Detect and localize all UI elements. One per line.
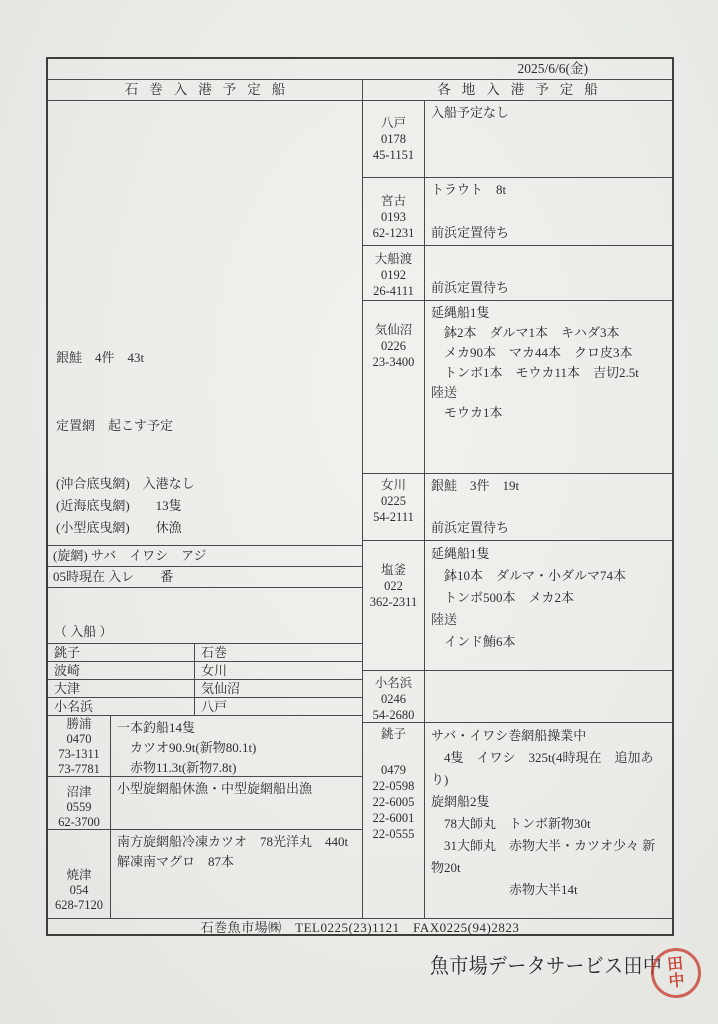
port-name: 沼津: [48, 785, 110, 800]
nyusen-port-left: 小名浜: [48, 698, 195, 715]
scanned-document-sheet: 2025/6/6(金) 石巻入港予定船 各地入港予定船 銀鮭 4件 43t 定置…: [0, 0, 718, 1024]
port-detail: 前浜定置待ち: [425, 246, 672, 300]
nyusen-port-left: 銚子: [48, 644, 195, 661]
date-text: 2025/6/6(金): [518, 60, 589, 78]
port-row-shiogama: 塩釜 022 362-2311 延縄船1隻 鉢10本 ダルマ・小ダルマ74本 ト…: [363, 541, 672, 671]
port-contact: 銚子 0479 22-0598 22-6005 22-6001 22-0555: [363, 723, 425, 918]
port-name: 女川: [363, 477, 424, 493]
nyusen-row: 波崎 女川: [48, 662, 362, 680]
stamp-char-bottom: 中: [668, 972, 685, 990]
port-name: 大船渡: [363, 251, 424, 267]
port-phone: 0192 26-4111: [363, 267, 424, 299]
port-detail: サバ・イワシ巻網船操業中 4隻 イワシ 325t(4時現在 追加あり) 旋網船2…: [425, 723, 672, 918]
port-detail: 一本釣船14隻 カツオ90.9t(新物80.1t) 赤物11.3t(新物7.8t…: [111, 716, 362, 776]
port-contact: 焼津 054 628-7120: [48, 830, 111, 918]
silver-salmon-summary: 銀鮭 4件 43t: [56, 349, 144, 367]
port-detail-text: 南方旋網船冷凍カツオ 78光洋丸 440t 解凍南マグロ 87本: [117, 832, 357, 872]
port-phone: 0193 62-1231: [363, 209, 424, 241]
port-row-onahama: 小名浜 0246 54-2680: [363, 671, 672, 723]
nyusen-row: 小名浜 八戸: [48, 698, 362, 716]
port-detail-bottom: 前浜定置待ち: [431, 223, 667, 243]
port-row-numazu: 沼津 0559 62-3700 小型旋網船休漁・中型旋網船出漁: [48, 777, 362, 830]
port-row-hachinohe: 八戸 0178 45-1151 入船予定なし: [363, 101, 672, 178]
nyusen-row: 大津 気仙沼: [48, 680, 362, 698]
nyusen-port-right: 女川: [195, 662, 362, 679]
port-row-yaizu: 焼津 054 628-7120 南方旋網船冷凍カツオ 78光洋丸 440t 解凍…: [48, 830, 362, 918]
port-detail-text: 小型旋網船休漁・中型旋網船出漁: [117, 779, 357, 799]
port-detail-text: 銀鮭 3件 19t: [431, 476, 667, 496]
market-contact-footer: 石巻魚市場㈱ TEL0225(23)1121 FAX0225(94)2823: [48, 918, 672, 937]
port-detail: 銀鮭 3件 19t 前浜定置待ち: [425, 474, 672, 540]
nyusen-port-right: 気仙沼: [195, 680, 362, 697]
port-phone: 0470 73-1311 73-7781: [48, 732, 110, 777]
nyusen-row: 銚子 石巻: [48, 644, 362, 662]
nyusen-port-left: 大津: [48, 680, 195, 697]
port-phone: 0246 54-2680: [363, 691, 424, 723]
column-headers: 石巻入港予定船 各地入港予定船: [48, 80, 672, 101]
port-detail: 小型旋網船休漁・中型旋網船出漁: [111, 777, 362, 829]
port-detail: トラウト 8t 前浜定置待ち: [425, 178, 672, 245]
kakuchi-column: 八戸 0178 45-1151 入船予定なし 宮古 0193 62-1231 ト…: [363, 101, 672, 918]
port-detail-text: サバ・イワシ巻網船操業中 4隻 イワシ 325t(4時現在 追加あり) 旋網船2…: [431, 725, 667, 901]
header-ishinomaki: 石巻入港予定船: [48, 80, 363, 100]
port-phone: 0178 45-1151: [363, 131, 424, 163]
port-contact: 塩釜 022 362-2311: [363, 541, 425, 670]
port-name: 銚子: [363, 726, 424, 742]
trawl-summary: (沖合底曳網) 入港なし (近海底曳網) 13隻 (小型底曳網) 休漁: [56, 473, 195, 539]
port-detail: [425, 671, 672, 722]
port-detail-text: トラウト 8t: [431, 180, 667, 200]
port-name: 焼津: [48, 868, 110, 883]
nyusen-label: （ 入船 ）: [54, 623, 113, 641]
port-detail-text: 延縄船1隻 鉢2本 ダルマ1本 キハダ3本 メカ90本 マカ44本 クロ皮3本 …: [431, 303, 667, 423]
time-note-row: 05時現在 入レ 番: [48, 567, 362, 588]
port-contact: 女川 0225 54-2111: [363, 474, 425, 540]
port-phone: 0479 22-0598 22-6005 22-6001 22-0555: [363, 762, 424, 842]
port-detail: 南方旋網船冷凍カツオ 78光洋丸 440t 解凍南マグロ 87本: [111, 830, 362, 918]
seine-note-row: (旋網) サバ イワシ アジ: [48, 546, 362, 567]
nyusen-port-right: 石巻: [195, 644, 362, 661]
port-phone: 0559 62-3700: [48, 800, 110, 830]
set-net-summary: 定置網 起こす予定: [56, 417, 173, 435]
date-row: 2025/6/6(金): [48, 59, 672, 80]
port-contact: 沼津 0559 62-3700: [48, 777, 111, 829]
table-body: 銀鮭 4件 43t 定置網 起こす予定 (沖合底曳網) 入港なし (近海底曳網)…: [48, 101, 672, 918]
port-contact: 気仙沼 0226 23-3400: [363, 301, 425, 473]
port-name: 気仙沼: [363, 322, 424, 338]
ishinomaki-summary-cell: 銀鮭 4件 43t 定置網 起こす予定 (沖合底曳網) 入港なし (近海底曳網)…: [48, 101, 362, 546]
port-contact: 大船渡 0192 26-4111: [363, 246, 425, 300]
port-detail-text: 入船予定なし: [431, 103, 667, 123]
nyusen-label-cell: （ 入船 ）: [48, 588, 362, 644]
port-contact: 勝浦 0470 73-1311 73-7781: [48, 716, 111, 776]
header-kakuchi: 各地入港予定船: [363, 80, 672, 100]
port-phone: 054 628-7120: [48, 883, 110, 913]
port-phone: 0225 54-2111: [363, 493, 424, 525]
port-phone: 022 362-2311: [363, 578, 424, 610]
port-detail-bottom: 前浜定置待ち: [431, 278, 667, 298]
port-contact: 宮古 0193 62-1231: [363, 178, 425, 245]
ishinomaki-column: 銀鮭 4件 43t 定置網 起こす予定 (沖合底曳網) 入港なし (近海底曳網)…: [48, 101, 363, 918]
port-name: 塩釜: [363, 562, 424, 578]
port-contact: 小名浜 0246 54-2680: [363, 671, 425, 722]
port-row-onagawa: 女川 0225 54-2111 銀鮭 3件 19t 前浜定置待ち: [363, 474, 672, 541]
port-name: 勝浦: [48, 717, 110, 732]
port-row-miyako: 宮古 0193 62-1231 トラウト 8t 前浜定置待ち: [363, 178, 672, 246]
nyusen-port-left: 波崎: [48, 662, 195, 679]
port-name: 小名浜: [363, 675, 424, 691]
schedule-table: 2025/6/6(金) 石巻入港予定船 各地入港予定船 銀鮭 4件 43t 定置…: [46, 57, 674, 936]
port-name: 八戸: [363, 115, 424, 131]
data-service-signature: 魚市場データサービス田中: [430, 950, 662, 980]
port-detail: 延縄船1隻 鉢10本 ダルマ・小ダルマ74本 トンボ500本 メカ2本 陸送 イ…: [425, 541, 672, 670]
nyusen-port-right: 八戸: [195, 698, 362, 715]
port-detail: 延縄船1隻 鉢2本 ダルマ1本 キハダ3本 メカ90本 マカ44本 クロ皮3本 …: [425, 301, 672, 473]
port-contact: 八戸 0178 45-1151: [363, 101, 425, 177]
port-phone: 0226 23-3400: [363, 338, 424, 370]
port-detail-text: 延縄船1隻 鉢10本 ダルマ・小ダルマ74本 トンボ500本 メカ2本 陸送 イ…: [431, 543, 667, 653]
port-detail-bottom: 前浜定置待ち: [431, 518, 667, 538]
stamp-char-top: 田: [667, 955, 684, 973]
port-row-ofunato: 大船渡 0192 26-4111 前浜定置待ち: [363, 246, 672, 301]
port-detail: 入船予定なし: [425, 101, 672, 177]
port-row-katsuura: 勝浦 0470 73-1311 73-7781 一本釣船14隻 カツオ90.9t…: [48, 716, 362, 777]
port-name: 宮古: [363, 193, 424, 209]
port-row-choshi: 銚子 0479 22-0598 22-6005 22-6001 22-0555 …: [363, 723, 672, 918]
port-row-kesennuma: 気仙沼 0226 23-3400 延縄船1隻 鉢2本 ダルマ1本 キハダ3本 メ…: [363, 301, 672, 474]
port-detail-text: 一本釣船14隻 カツオ90.9t(新物80.1t) 赤物11.3t(新物7.8t…: [117, 718, 357, 778]
